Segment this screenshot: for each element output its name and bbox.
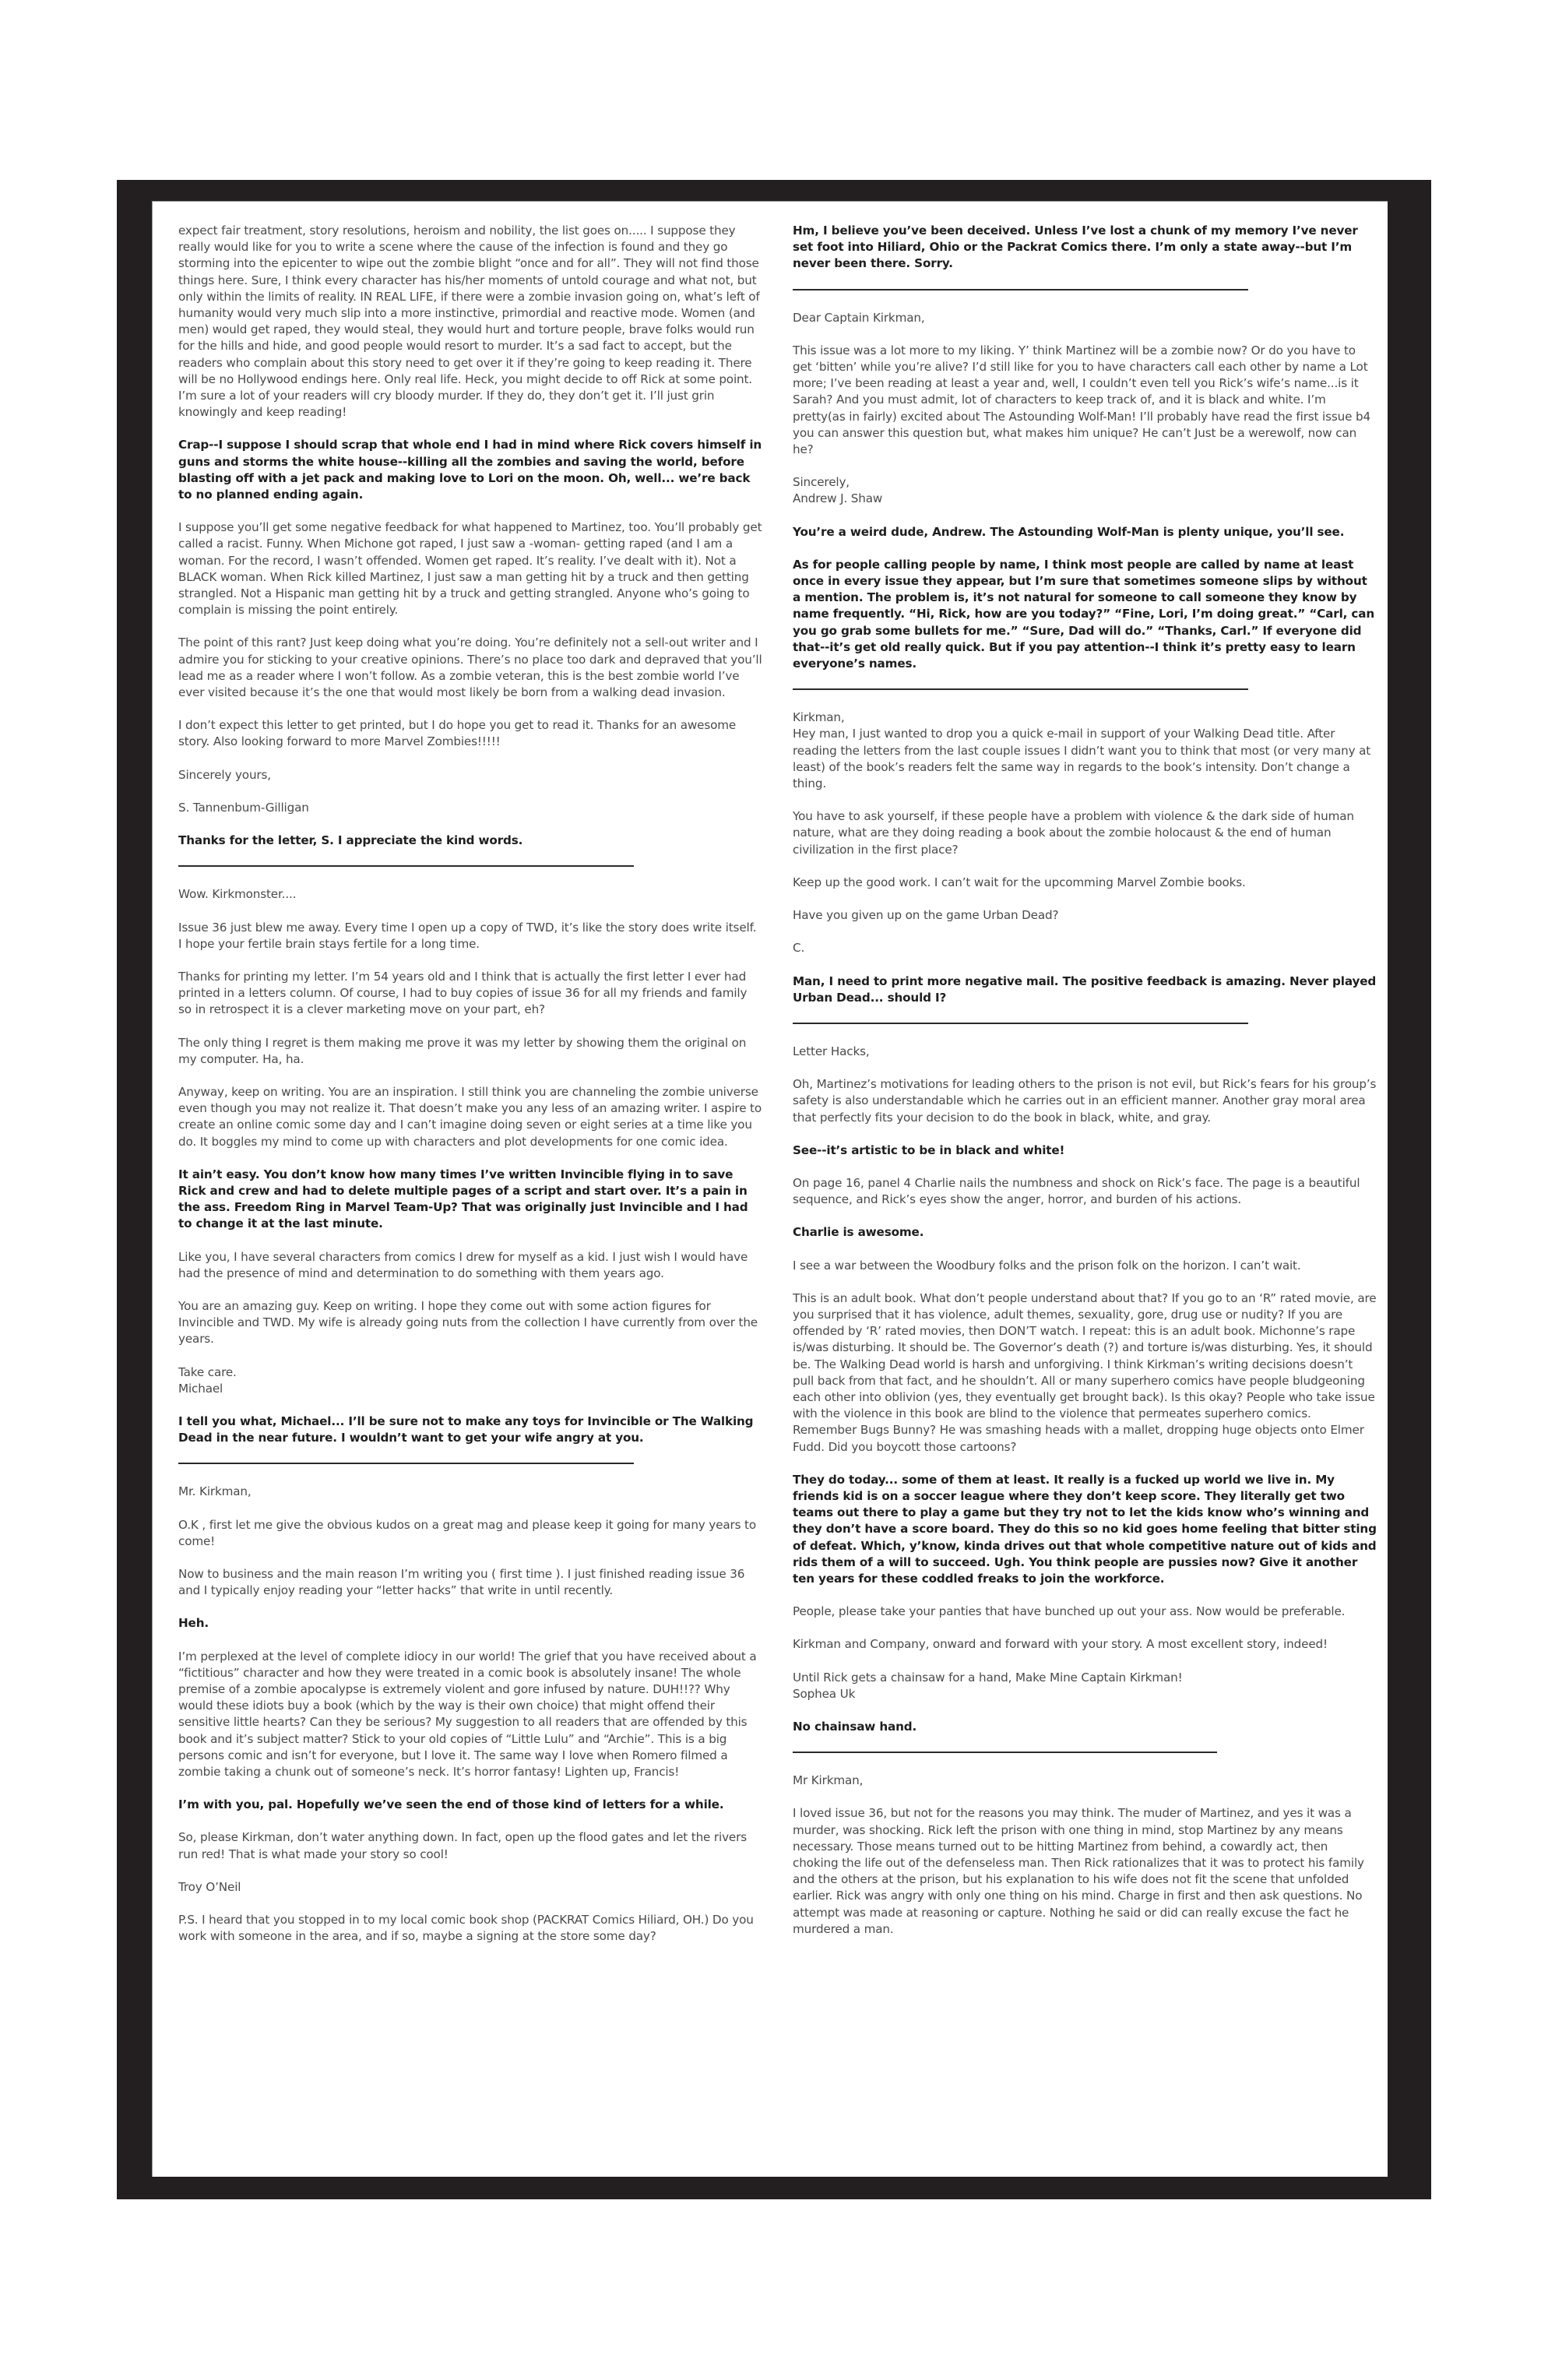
letter-signoff: Until Rick gets a chainsaw for a hand, M… [793, 1670, 1377, 1686]
letter-paragraph: I see a war between the Woodbury folks a… [793, 1258, 1377, 1274]
letter-signoff: Sincerely yours, [178, 767, 762, 783]
editor-reply: Heh. [178, 1615, 762, 1632]
editor-reply: They do today... some of them at least. … [793, 1472, 1377, 1587]
letter-paragraph: I suppose you’ll get some negative feedb… [178, 519, 762, 618]
editor-reply: As for people calling people by name, I … [793, 557, 1377, 672]
letter-salutation: Mr Kirkman, [793, 1773, 1377, 1789]
editor-reply: You’re a weird dude, Andrew. The Astound… [793, 524, 1377, 540]
editor-reply: See--it’s artistic to be in black and wh… [793, 1142, 1377, 1159]
letter-salutation: Letter Hacks, [793, 1044, 1377, 1060]
letter-divider [793, 289, 1248, 290]
letter-paragraph: Anyway, keep on writing. You are an insp… [178, 1084, 762, 1150]
letter-paragraph: I’m perplexed at the level of complete i… [178, 1649, 762, 1781]
letter-paragraph: expect fair treatment, story resolutions… [178, 223, 762, 421]
editor-reply: Hm, I believe you’ve been deceived. Unle… [793, 223, 1377, 273]
letter-signature: C. [793, 940, 1377, 956]
letter-paragraph: Oh, Martinez’s motivations for leading o… [793, 1076, 1377, 1126]
editor-reply: I tell you what, Michael... I’ll be sure… [178, 1414, 762, 1446]
letter-signature: Andrew J. Shaw [793, 491, 1377, 507]
letters-column-right: Hm, I believe you’ve been deceived. Unle… [793, 223, 1377, 1954]
editor-reply: Charlie is awesome. [793, 1224, 1377, 1241]
letter-paragraph: The only thing I regret is them making m… [178, 1035, 762, 1068]
letter-paragraph: Kirkman and Company, onward and forward … [793, 1636, 1377, 1653]
editor-reply: I’m with you, pal. Hopefully we’ve seen … [178, 1797, 762, 1813]
letter-paragraph: You are an amazing guy. Keep on writing.… [178, 1298, 762, 1348]
letter-salutation: Wow. Kirkmonster.... [178, 886, 762, 903]
editor-reply: Thanks for the letter, S. I appreciate t… [178, 833, 762, 849]
letter-paragraph: On page 16, panel 4 Charlie nails the nu… [793, 1175, 1377, 1208]
letter-signature: Michael [178, 1381, 762, 1397]
letter-postscript: P.S. I heard that you stopped in to my l… [178, 1912, 762, 1945]
letter-paragraph: The point of this rant? Just keep doing … [178, 635, 762, 701]
letter-paragraph: This issue was a lot more to my liking. … [793, 343, 1377, 458]
letter-signoff: Take care. [178, 1364, 762, 1381]
letter-paragraph: So, please Kirkman, don’t water anything… [178, 1829, 762, 1862]
letter-signoff: Sincerely, [793, 474, 1377, 491]
letter-paragraph: I don’t expect this letter to get printe… [178, 717, 762, 750]
letter-paragraph: I loved issue 36, but not for the reason… [793, 1805, 1377, 1938]
letter-signature: Troy O’Neil [178, 1879, 762, 1896]
letter-paragraph: This is an adult book. What don’t people… [793, 1290, 1377, 1456]
letter-paragraph: Have you given up on the game Urban Dead… [793, 907, 1377, 924]
letter-paragraph: Issue 36 just blew me away. Every time I… [178, 920, 762, 952]
editor-reply: Man, I need to print more negative mail.… [793, 973, 1377, 1006]
letter-salutation: Mr. Kirkman, [178, 1484, 762, 1500]
letter-paragraph: O.K , first let me give the obvious kudo… [178, 1517, 762, 1550]
editor-reply: No chainsaw hand. [793, 1719, 1377, 1735]
letter-divider [793, 1023, 1248, 1024]
letter-paragraph: Like you, I have several characters from… [178, 1249, 762, 1282]
letter-signature: Sophea Uk [793, 1686, 1377, 1702]
letter-divider [178, 865, 634, 867]
letter-paragraph: Keep up the good work. I can’t wait for … [793, 875, 1377, 891]
letter-salutation: Kirkman, [793, 709, 1377, 726]
letter-divider [793, 688, 1248, 690]
editor-reply: Crap--I suppose I should scrap that whol… [178, 437, 762, 503]
letter-paragraph: Hey man, I just wanted to drop you a qui… [793, 726, 1377, 792]
letter-paragraph: You have to ask yourself, if these peopl… [793, 808, 1377, 858]
editor-reply: It ain’t easy. You don’t know how many t… [178, 1167, 762, 1233]
letter-divider [178, 1463, 634, 1464]
letter-salutation: Dear Captain Kirkman, [793, 310, 1377, 326]
letter-signature: S. Tannenbum-Gilligan [178, 800, 762, 816]
letter-paragraph: People, please take your panties that ha… [793, 1604, 1377, 1620]
letter-paragraph: Now to business and the main reason I’m … [178, 1566, 762, 1599]
letter-divider [793, 1752, 1217, 1753]
letter-paragraph: Thanks for printing my letter. I’m 54 ye… [178, 969, 762, 1019]
letters-column-left: expect fair treatment, story resolutions… [178, 223, 762, 1961]
